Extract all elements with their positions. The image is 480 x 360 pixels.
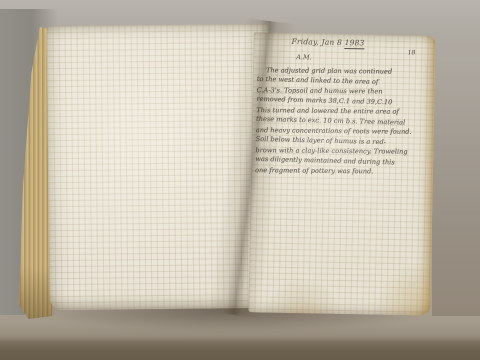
left-page-blank-grid (47, 24, 272, 310)
right-page-notes: Friday, Jan 8 1983 18 A.M. The adjusted … (248, 32, 435, 315)
page-number: 18 (408, 49, 416, 56)
photo-open-notebook: Friday, Jan 8 1983 18 A.M. The adjusted … (0, 0, 480, 360)
date-heading-prefix: Friday, Jan 8 (291, 37, 344, 47)
background-shadow-right (432, 60, 480, 316)
date-heading: Friday, Jan 8 1983 (291, 37, 364, 47)
time-label: A.M. (296, 53, 312, 61)
handwriting-line: one fragment of pottery was found. (255, 165, 431, 177)
handwritten-paragraph: The adjusted grid plan was continued to … (255, 64, 433, 177)
date-heading-year: 1983 (345, 38, 365, 49)
